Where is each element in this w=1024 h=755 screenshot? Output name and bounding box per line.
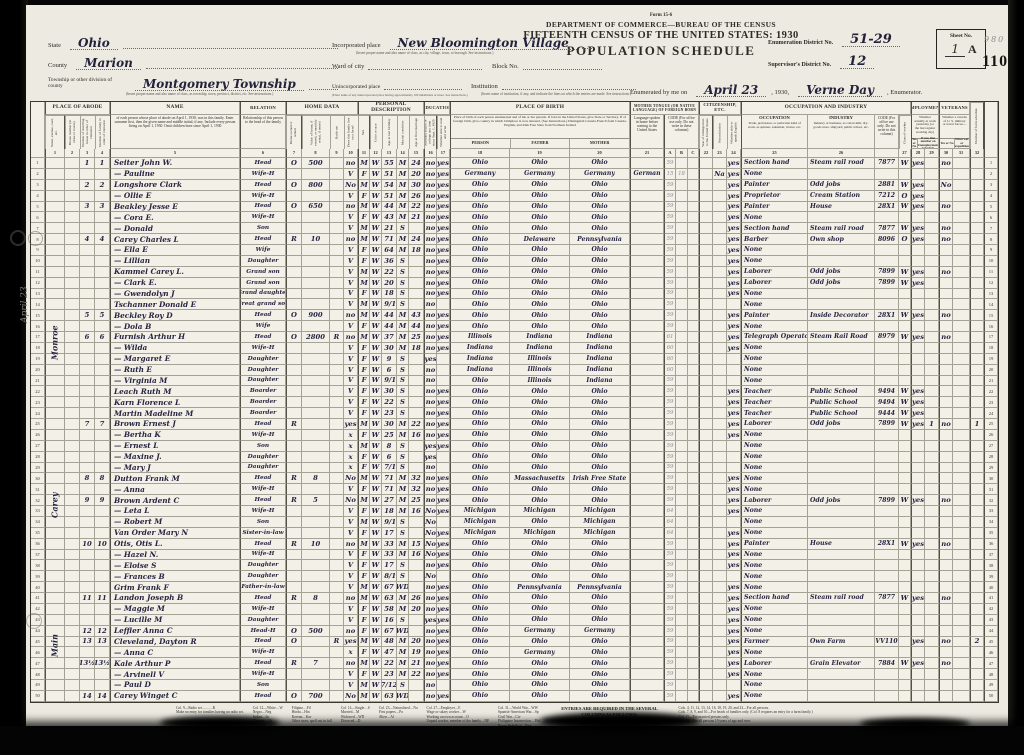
cell-ln: 34 bbox=[31, 517, 45, 528]
col-number-25: 25 bbox=[741, 149, 808, 158]
cell-ln: 50 bbox=[31, 691, 45, 702]
cell-age: 4 7/12 bbox=[382, 463, 397, 474]
cell-cw bbox=[899, 299, 911, 310]
cell-val bbox=[302, 550, 330, 561]
cell-mt bbox=[630, 615, 664, 626]
cell-lnR: 11 bbox=[984, 267, 998, 278]
cell-race: W bbox=[370, 158, 382, 169]
cell-rw bbox=[437, 517, 450, 528]
cell-radio bbox=[330, 582, 344, 593]
cell-occ: None bbox=[741, 245, 808, 256]
cell-rw: yes bbox=[437, 430, 450, 441]
cell-pbm: Ohio bbox=[570, 539, 630, 550]
cell-pb: Germany bbox=[450, 169, 510, 180]
cell-war bbox=[953, 343, 970, 354]
cell-radio bbox=[330, 560, 344, 571]
cell-dw: 5 bbox=[80, 310, 95, 321]
cell-mar: S bbox=[397, 386, 409, 397]
cell-street bbox=[45, 680, 65, 691]
cell-rw: yes bbox=[437, 245, 450, 256]
cell-cB bbox=[676, 310, 688, 321]
cell-race: W bbox=[370, 354, 382, 365]
cell-emp: yes bbox=[911, 158, 925, 169]
cell-fs bbox=[970, 626, 984, 637]
cell-cA: 59 bbox=[664, 267, 676, 278]
cell-farm: No bbox=[344, 473, 358, 484]
cell-sch: no bbox=[424, 158, 437, 169]
incorporated-field: Incorporated place New Bloomington Villa… bbox=[332, 38, 592, 49]
cell-emp bbox=[911, 212, 925, 223]
cell-mar: WD bbox=[397, 626, 409, 637]
cell-pb: Ohio bbox=[450, 647, 510, 658]
cell-pbf: Ohio bbox=[510, 495, 570, 506]
cell-pbf: Ohio bbox=[510, 463, 570, 474]
cell-age: 4 9/12 bbox=[382, 299, 397, 310]
cell-rw: yes bbox=[437, 310, 450, 321]
cell-mt bbox=[630, 658, 664, 669]
cell-rel: Head bbox=[240, 691, 286, 702]
cell-street bbox=[45, 245, 65, 256]
cell-cC bbox=[688, 658, 699, 669]
cell-radio: R bbox=[330, 637, 344, 648]
cell-oc bbox=[875, 169, 899, 180]
cell-hn bbox=[65, 691, 80, 702]
cell-sex: M bbox=[358, 332, 370, 343]
cell-pbm: Ohio bbox=[570, 669, 630, 680]
cell-occ: Painter bbox=[741, 539, 808, 550]
cell-val: 10 bbox=[302, 234, 330, 245]
cell-ind bbox=[808, 560, 875, 571]
cell-pb: Ohio bbox=[450, 441, 510, 452]
cell-occ: Laborer bbox=[741, 419, 808, 430]
cell-nat bbox=[713, 452, 727, 463]
cell-rw: yes bbox=[437, 647, 450, 658]
cell-imm bbox=[699, 571, 713, 582]
cell-rel: Daughter bbox=[240, 452, 286, 463]
cell-race: W bbox=[370, 289, 382, 300]
cell-emp bbox=[911, 169, 925, 180]
cell-cB bbox=[676, 582, 688, 593]
cell-race: W bbox=[370, 419, 382, 430]
cell-cB bbox=[676, 637, 688, 648]
cell-cA: 59 bbox=[664, 604, 676, 615]
margin-date-note: April 23 bbox=[20, 255, 30, 355]
cell-empln bbox=[925, 495, 939, 506]
cell-pb: Ohio bbox=[450, 669, 510, 680]
cell-val bbox=[302, 441, 330, 452]
cell-eng: yes bbox=[727, 637, 741, 648]
cell-emp bbox=[911, 506, 925, 517]
cell-hn bbox=[65, 321, 80, 332]
cell-pb: Ohio bbox=[450, 582, 510, 593]
col-header-veterans-sub-1: What war or expedition bbox=[955, 139, 969, 148]
cell-emp: yes bbox=[911, 234, 925, 245]
group-name: NAME bbox=[110, 102, 240, 115]
cell-sex: M bbox=[358, 539, 370, 550]
cell-vet: no bbox=[939, 234, 953, 245]
cell-radio bbox=[330, 517, 344, 528]
cell-lnR: 45 bbox=[984, 637, 998, 648]
cell-emp: yes bbox=[911, 386, 925, 397]
cell-pbm: Ohio bbox=[570, 430, 630, 441]
cell-street bbox=[45, 158, 65, 169]
cell-cw bbox=[899, 484, 911, 495]
cell-sch: no bbox=[424, 191, 437, 202]
cell-fam bbox=[95, 278, 110, 289]
cell-cC bbox=[688, 560, 699, 571]
cell-cC bbox=[688, 202, 699, 213]
cell-mar: M bbox=[397, 506, 409, 517]
cell-cw bbox=[899, 560, 911, 571]
cell-oc: 8979 bbox=[875, 332, 899, 343]
cell-own bbox=[286, 517, 302, 528]
cell-rel: Head bbox=[240, 180, 286, 191]
cell-fam bbox=[95, 354, 110, 365]
cell-race: W bbox=[370, 299, 382, 310]
col-header-street: Street, avenue, road, etc. bbox=[45, 115, 65, 149]
cell-sch: yes bbox=[424, 615, 437, 626]
cell-sex: M bbox=[358, 691, 370, 702]
cell-rel: Daughter bbox=[240, 354, 286, 365]
cell-empln bbox=[925, 680, 939, 691]
cell-sex: F bbox=[358, 669, 370, 680]
cell-pbf: Illinois bbox=[510, 376, 570, 387]
cell-war bbox=[953, 647, 970, 658]
cell-lnR: 10 bbox=[984, 256, 998, 267]
cell-ln: 1 bbox=[31, 158, 45, 169]
cell-ind bbox=[808, 691, 875, 702]
cell-name: — Virginia M bbox=[110, 376, 240, 387]
cell-ind bbox=[808, 528, 875, 539]
cell-mt bbox=[630, 202, 664, 213]
cell-oc: 28X1 bbox=[875, 310, 899, 321]
cell-sex: F bbox=[358, 408, 370, 419]
cell-dw bbox=[80, 321, 95, 332]
cell-radio bbox=[330, 452, 344, 463]
cell-dw bbox=[80, 245, 95, 256]
cell-eng: yes bbox=[727, 550, 741, 561]
cell-street bbox=[45, 463, 65, 474]
cell-name: — Lucille M bbox=[110, 615, 240, 626]
cell-ind: Public School bbox=[808, 397, 875, 408]
cell-imm bbox=[699, 484, 713, 495]
cell-cw bbox=[899, 354, 911, 365]
cell-oc bbox=[875, 680, 899, 691]
cell-vet: no bbox=[939, 658, 953, 669]
cell-fs bbox=[970, 615, 984, 626]
cell-name: — Eloise S bbox=[110, 560, 240, 571]
cell-cC bbox=[688, 506, 699, 517]
cell-ln: 11 bbox=[31, 267, 45, 278]
cell-cC bbox=[688, 234, 699, 245]
cell-dw: 10 bbox=[80, 539, 95, 550]
col-header-industry-desc: Industry or business, as cotton mill, dr… bbox=[808, 121, 874, 148]
cell-hn bbox=[65, 582, 80, 593]
cell-hn bbox=[65, 234, 80, 245]
cell-radio bbox=[330, 419, 344, 430]
cell-own bbox=[286, 169, 302, 180]
cell-mar: M bbox=[397, 158, 409, 169]
incorporated-rule bbox=[582, 39, 592, 49]
cell-lnR: 47 bbox=[984, 658, 998, 669]
cell-hn bbox=[65, 441, 80, 452]
cell-oc bbox=[875, 299, 899, 310]
cell-rel: Son bbox=[240, 680, 286, 691]
cell-oc bbox=[875, 430, 899, 441]
cell-emp bbox=[911, 463, 925, 474]
cell-imm bbox=[699, 180, 713, 191]
cell-mar: WD bbox=[397, 582, 409, 593]
cell-oc: 9494 bbox=[875, 397, 899, 408]
cell-cA: 59 bbox=[664, 212, 676, 223]
cell-cB bbox=[676, 343, 688, 354]
cell-mar: M bbox=[397, 539, 409, 550]
cell-val bbox=[302, 278, 330, 289]
cell-occ: None bbox=[741, 354, 808, 365]
cell-farm: yes bbox=[344, 419, 358, 430]
cell-occ: None bbox=[741, 528, 808, 539]
cell-cC bbox=[688, 463, 699, 474]
cell-cA: 59 bbox=[664, 376, 676, 387]
col-number-12: 12 bbox=[370, 149, 382, 158]
cell-mar: M bbox=[397, 332, 409, 343]
cell-rel: Son bbox=[240, 441, 286, 452]
cell-vet bbox=[939, 365, 953, 376]
cell-war bbox=[953, 550, 970, 561]
cell-empln bbox=[925, 593, 939, 604]
cell-occ: Laborer bbox=[741, 658, 808, 669]
cell-empln bbox=[925, 658, 939, 669]
cell-cB bbox=[676, 593, 688, 604]
cell-war bbox=[953, 202, 970, 213]
cell-dw bbox=[80, 430, 95, 441]
cell-lnR: 35 bbox=[984, 528, 998, 539]
cell-imm bbox=[699, 419, 713, 430]
cell-fam bbox=[95, 604, 110, 615]
cell-pbf: Ohio bbox=[510, 278, 570, 289]
cell-eng: yes bbox=[727, 158, 741, 169]
cell-pbf: Germany bbox=[510, 626, 570, 637]
cell-radio bbox=[330, 223, 344, 234]
cell-oc: 7877 bbox=[875, 593, 899, 604]
cell-mar: M bbox=[397, 430, 409, 441]
cell-war bbox=[953, 408, 970, 419]
cell-pbf: Ohio bbox=[510, 191, 570, 202]
cell-emp bbox=[911, 245, 925, 256]
cell-sex: F bbox=[358, 463, 370, 474]
cell-fam: 2 bbox=[95, 180, 110, 191]
cell-mt bbox=[630, 463, 664, 474]
cell-ind: Inside Decorator bbox=[808, 310, 875, 321]
cell-rw: yes bbox=[437, 223, 450, 234]
cell-street bbox=[45, 256, 65, 267]
cell-rw: yes bbox=[437, 506, 450, 517]
cell-own: R bbox=[286, 539, 302, 550]
cell-agem bbox=[409, 354, 424, 365]
cell-cA: 59 bbox=[664, 560, 676, 571]
cell-rw: yes bbox=[437, 615, 450, 626]
cell-sex: F bbox=[358, 386, 370, 397]
cell-age: 51 bbox=[382, 191, 397, 202]
cell-occ: None bbox=[741, 299, 808, 310]
cell-cA: 64 bbox=[664, 517, 676, 528]
cell-cw bbox=[899, 647, 911, 658]
cell-cw bbox=[899, 626, 911, 637]
cell-mar: S bbox=[397, 365, 409, 376]
cell-mt bbox=[630, 212, 664, 223]
cell-cA: 59 bbox=[664, 386, 676, 397]
cell-pbf: Ohio bbox=[510, 321, 570, 332]
cell-lnR: 4 bbox=[984, 191, 998, 202]
cell-imm bbox=[699, 539, 713, 550]
cell-val: 7 bbox=[302, 658, 330, 669]
cell-mar: S bbox=[397, 397, 409, 408]
cell-cC bbox=[688, 343, 699, 354]
cell-radio bbox=[330, 441, 344, 452]
col-header-sex: Sex bbox=[358, 115, 370, 149]
cell-occ: None bbox=[741, 680, 808, 691]
cell-age: 47 bbox=[382, 647, 397, 658]
cell-occ: None bbox=[741, 365, 808, 376]
street-name: Monroe bbox=[45, 290, 64, 396]
cell-nat bbox=[713, 310, 727, 321]
cell-agem: 25 bbox=[409, 332, 424, 343]
cell-farm: No bbox=[344, 691, 358, 702]
enumerated-suffix: , Enumerator. bbox=[887, 89, 922, 96]
cell-age: 64 bbox=[382, 245, 397, 256]
cell-dw: 9 bbox=[80, 495, 95, 506]
cell-mt bbox=[630, 158, 664, 169]
cell-ln: 27 bbox=[31, 441, 45, 452]
cell-age: 18 bbox=[382, 289, 397, 300]
cell-sex: F bbox=[358, 615, 370, 626]
cell-age: 55 bbox=[382, 158, 397, 169]
cell-rw: yes bbox=[437, 637, 450, 648]
group-place-of-birth: PLACE OF BIRTH bbox=[450, 102, 630, 115]
cell-lnR: 39 bbox=[984, 571, 998, 582]
cell-eng: yes bbox=[727, 539, 741, 550]
cell-oc bbox=[875, 365, 899, 376]
col-header-employment: Whether actually at work yesterday (or t… bbox=[911, 115, 939, 149]
cell-vet bbox=[939, 463, 953, 474]
cell-oc bbox=[875, 256, 899, 267]
col-number-32: 32 bbox=[970, 149, 984, 158]
cell-fam: 12 bbox=[95, 626, 110, 637]
cell-mt bbox=[630, 484, 664, 495]
footer-requirements: Cols. 4, 11, 12, 13, 14, 16, 18, 19, 20,… bbox=[678, 706, 828, 724]
cell-farm: no bbox=[344, 332, 358, 343]
cell-pb: Ohio bbox=[450, 560, 510, 571]
cell-pbf: Ohio bbox=[510, 419, 570, 430]
cell-cC bbox=[688, 354, 699, 365]
supervisors-district-label: Supervisor's District No. bbox=[768, 62, 831, 68]
cell-imm bbox=[699, 234, 713, 245]
cell-rw: yes bbox=[437, 539, 450, 550]
cell-rw: yes bbox=[437, 321, 450, 332]
cell-cC bbox=[688, 158, 699, 169]
cell-lnR: 9 bbox=[984, 245, 998, 256]
cell-val bbox=[302, 582, 330, 593]
cell-mt bbox=[630, 256, 664, 267]
cell-hn bbox=[65, 245, 80, 256]
cell-empln bbox=[925, 180, 939, 191]
cell-occ: Section hand bbox=[741, 223, 808, 234]
cell-fs bbox=[970, 169, 984, 180]
cell-nat bbox=[713, 441, 727, 452]
cell-rw: yes bbox=[437, 289, 450, 300]
cell-eng: yes bbox=[727, 386, 741, 397]
cell-race: W bbox=[370, 332, 382, 343]
cell-sex: F bbox=[358, 571, 370, 582]
cell-pb: Indiana bbox=[450, 365, 510, 376]
cell-cB bbox=[676, 212, 688, 223]
cell-val bbox=[302, 245, 330, 256]
unincorporated-rule bbox=[384, 80, 462, 90]
cell-dw bbox=[80, 517, 95, 528]
cell-street bbox=[45, 408, 65, 419]
cell-name: Kale Arthur P bbox=[110, 658, 240, 669]
cell-name: — Bertha K bbox=[110, 430, 240, 441]
cell-hn bbox=[65, 658, 80, 669]
cell-hn bbox=[65, 310, 80, 321]
cell-sch: No bbox=[424, 506, 437, 517]
cell-fam: 13 bbox=[95, 637, 110, 648]
cell-agem bbox=[409, 376, 424, 387]
cell-agem bbox=[409, 463, 424, 474]
cell-war bbox=[953, 386, 970, 397]
cell-lnR: 50 bbox=[984, 691, 998, 702]
cell-hn bbox=[65, 528, 80, 539]
cell-pbm: Michigan bbox=[570, 528, 630, 539]
cell-pbf: Ohio bbox=[510, 223, 570, 234]
cell-fs bbox=[970, 550, 984, 561]
cell-ln: 4 bbox=[31, 191, 45, 202]
cell-hn bbox=[65, 256, 80, 267]
cell-pbm: Ohio bbox=[570, 191, 630, 202]
cell-cC bbox=[688, 223, 699, 234]
cell-imm bbox=[699, 365, 713, 376]
cell-fam: 13½ bbox=[95, 658, 110, 669]
cell-lnR: 16 bbox=[984, 321, 998, 332]
cell-fam bbox=[95, 452, 110, 463]
cell-vet bbox=[939, 376, 953, 387]
cell-lnR: 31 bbox=[984, 484, 998, 495]
cell-cA: 59 bbox=[664, 202, 676, 213]
cell-occ: None bbox=[741, 582, 808, 593]
cell-nat bbox=[713, 571, 727, 582]
cell-rel: Head bbox=[240, 234, 286, 245]
cell-oc bbox=[875, 343, 899, 354]
cell-own bbox=[286, 441, 302, 452]
cell-street bbox=[45, 419, 65, 430]
cell-radio bbox=[330, 669, 344, 680]
cell-cA: 59 bbox=[664, 463, 676, 474]
cell-emp: yes bbox=[911, 223, 925, 234]
cell-hn bbox=[65, 430, 80, 441]
cell-fam bbox=[95, 517, 110, 528]
cell-oc: 7899 bbox=[875, 495, 899, 506]
cell-name: Grim Frank F bbox=[110, 582, 240, 593]
cell-sch: No bbox=[424, 550, 437, 561]
cell-mt bbox=[630, 397, 664, 408]
cell-lnR: 37 bbox=[984, 550, 998, 561]
cell-pbf: Ohio bbox=[510, 408, 570, 419]
cell-radio bbox=[330, 343, 344, 354]
cell-ln: 49 bbox=[31, 680, 45, 691]
cell-mt bbox=[630, 647, 664, 658]
cell-farm: No bbox=[344, 495, 358, 506]
cell-emp bbox=[911, 321, 925, 332]
